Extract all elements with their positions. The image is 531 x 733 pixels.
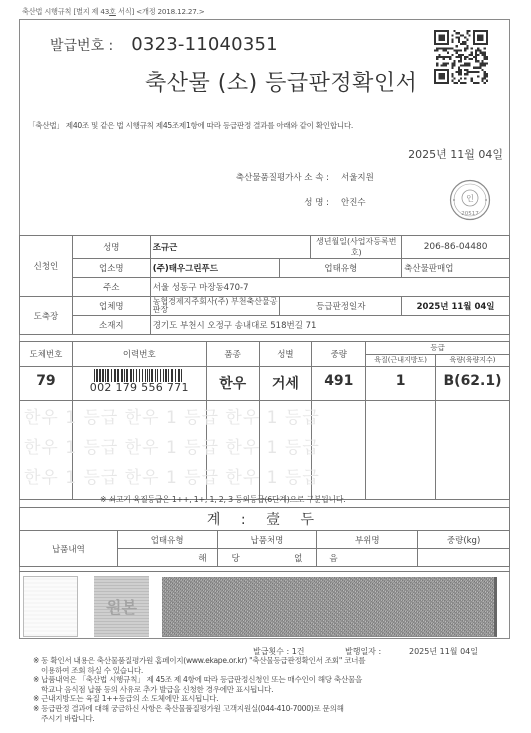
header-trace-no: 이력번호 xyxy=(72,342,206,367)
document-title: 축산물 (소) 등급판정확인서 xyxy=(145,66,417,97)
carcass-no: 79 xyxy=(20,367,73,401)
applicant-name: 조규근 xyxy=(150,236,311,259)
grading-date-value: 2025년 11월 04일 xyxy=(402,297,510,316)
issue-date: 2025년 11월 04일 xyxy=(409,646,478,657)
quality-grade: 1 xyxy=(366,367,436,401)
company-label: 업체명 xyxy=(72,297,150,316)
address-value: 서울 성동구 마장동470-7 xyxy=(150,278,509,297)
header-weight: 중량 xyxy=(312,342,366,367)
footnote-line: ※ 근내지방도는 육질 1++등급의 소 도체에만 표시됩니다. xyxy=(33,694,365,704)
trace-no-cell: 002 179 556 771 xyxy=(72,367,206,401)
delivery-header: 납품처명 xyxy=(217,531,317,549)
official-seal-icon: 인 20517 xyxy=(449,179,491,221)
location-value: 경기도 부천시 오정구 송내대로 518번길 71 xyxy=(150,316,509,335)
security-pattern-light xyxy=(23,576,78,637)
footnote-continuation: 주시기 바랍니다. xyxy=(33,714,365,724)
grade-note: ※ 쇠고기 육질등급은 1++, 1+, 1, 2, 3 등외등급(6단계)으로… xyxy=(100,494,345,505)
address-label: 주소 xyxy=(72,278,150,297)
header-yield-grade: 육량(육량지수) xyxy=(436,354,510,367)
affiliation-value: 서울지원 xyxy=(341,171,374,183)
company-value: 농협경제지주회사(주) 부천축산물공판장 xyxy=(150,297,280,316)
original-stamp-image: 원본 xyxy=(94,576,149,637)
grading-date-label: 등급판정일자 xyxy=(280,297,402,316)
delivery-value: 해 xyxy=(117,549,217,567)
total-value: 壹 두 xyxy=(266,512,322,528)
inspector-block: 축산물품질평가사 소 속 : 서울지원 성 명 : 안진수 xyxy=(213,171,374,221)
footnote-line: ※ 동 확인서 내용은 축산물품질평가원 홈페이지(www.ekape.or.k… xyxy=(33,656,365,666)
affiliation-label: 축산물품질평가사 소 속 : xyxy=(213,171,341,183)
applicant-table: 신청인 성명 조규근 생년월일(사업자등록번호) 206-86-04480 업소… xyxy=(19,235,510,335)
header-grade: 등급 xyxy=(366,342,510,355)
security-images: 원본 xyxy=(19,571,510,639)
delivery-value: 음 xyxy=(317,549,418,567)
slaughterhouse-section-label: 도축장 xyxy=(20,297,73,335)
form-ref-suffix: 서식] <개정 2018.12.27.> xyxy=(116,7,205,16)
svg-text:20517: 20517 xyxy=(461,211,479,217)
qr-code-icon[interactable] xyxy=(434,30,488,84)
biz-type-value: 축산물판매업 xyxy=(402,259,510,278)
location-label: 소재지 xyxy=(72,316,150,335)
issue-date-top: 2025년 11월 04일 xyxy=(408,146,503,162)
form-ref-underlined: 호 xyxy=(109,7,116,16)
intro-text: 「축산법」 제40조 및 같은 법 시행규칙 제45조제1항에 따라 등급판정 … xyxy=(28,120,353,131)
delivery-value: 당 xyxy=(232,552,240,564)
inspector-name-value: 안진수 xyxy=(341,196,366,208)
issue-number-value: 0323-11040351 xyxy=(131,34,278,55)
footnote-line: ※ 등급판정 결과에 대해 궁금하신 사항은 축산물품질평가원 고객지원실(04… xyxy=(33,704,365,714)
delivery-section-label: 납품내역 xyxy=(20,531,118,567)
table-empty-area xyxy=(20,401,510,500)
birth-value: 206-86-04480 xyxy=(402,236,510,259)
delivery-value-pair: 당없 xyxy=(217,549,317,567)
carcass-table: 도체번호 이력번호 품종 성별 중량 등급 육질(근내지방도) 육량(육량지수)… xyxy=(19,341,510,500)
breed: 한우 xyxy=(206,367,259,401)
issue-number: 발급번호 : 0323-11040351 xyxy=(50,34,278,55)
form-reference: 축산법 시행규칙 [별지 제 43호 서식] <개정 2018.12.27.> xyxy=(22,7,205,17)
business-label: 업소명 xyxy=(72,259,150,278)
issue-number-label: 발급번호 : xyxy=(50,35,113,55)
header-sex: 성별 xyxy=(259,342,312,367)
birth-label: 생년월일(사업자등록번호) xyxy=(311,236,402,259)
footnote-line: ※ 납품내역은 「축산법 시행규칙」 제 45조 제 4항에 따라 등급판정신청… xyxy=(33,675,365,685)
delivery-table: 납품내역 업태유형 납품처명 부위명 중량(kg) 해 당없 음 xyxy=(19,530,510,567)
delivery-value: 없 xyxy=(294,552,302,564)
business-name: (주)태우그린푸드 xyxy=(150,259,280,278)
svg-text:인: 인 xyxy=(466,193,474,203)
applicant-section-label: 신청인 xyxy=(20,236,73,297)
total-row: 계 : 壹 두 xyxy=(20,508,510,531)
original-stamp-text: 원본 xyxy=(106,595,137,618)
security-noise-pattern xyxy=(162,577,497,637)
sex: 거세 xyxy=(259,367,312,401)
footnote-continuation: 이용하여 조회 하실 수 있습니다. xyxy=(33,666,365,676)
footnote-continuation: 학교나 음식점 납품 등의 사유로 추가 발급을 신청한 경우에만 표시됩니다. xyxy=(33,685,365,695)
header-breed: 품종 xyxy=(206,342,259,367)
header-carcass-no: 도체번호 xyxy=(20,342,73,367)
delivery-header: 부위명 xyxy=(317,531,418,549)
delivery-value xyxy=(418,549,510,567)
form-ref-prefix: 축산법 시행규칙 [별지 제 43 xyxy=(22,7,109,16)
inspector-name-label: 성 명 : xyxy=(213,196,341,208)
delivery-header: 업태유형 xyxy=(117,531,217,549)
header-quality-grade: 육질(근내지방도) xyxy=(366,354,436,367)
total-table: 계 : 壹 두 xyxy=(19,507,510,531)
biz-type-label: 업태유형 xyxy=(280,259,402,278)
table-row: 79 002 179 556 771 한우 거세 491 1 B(62.1) xyxy=(20,367,510,401)
trace-no: 002 179 556 771 xyxy=(90,382,189,394)
applicant-name-label: 성명 xyxy=(72,236,150,259)
weight: 491 xyxy=(312,367,366,401)
footnotes: ※ 동 확인서 내용은 축산물품질평가원 홈페이지(www.ekape.or.k… xyxy=(33,656,365,723)
delivery-header: 중량(kg) xyxy=(418,531,510,549)
yield-grade: B(62.1) xyxy=(436,367,510,401)
total-label: 계 : xyxy=(207,512,254,528)
